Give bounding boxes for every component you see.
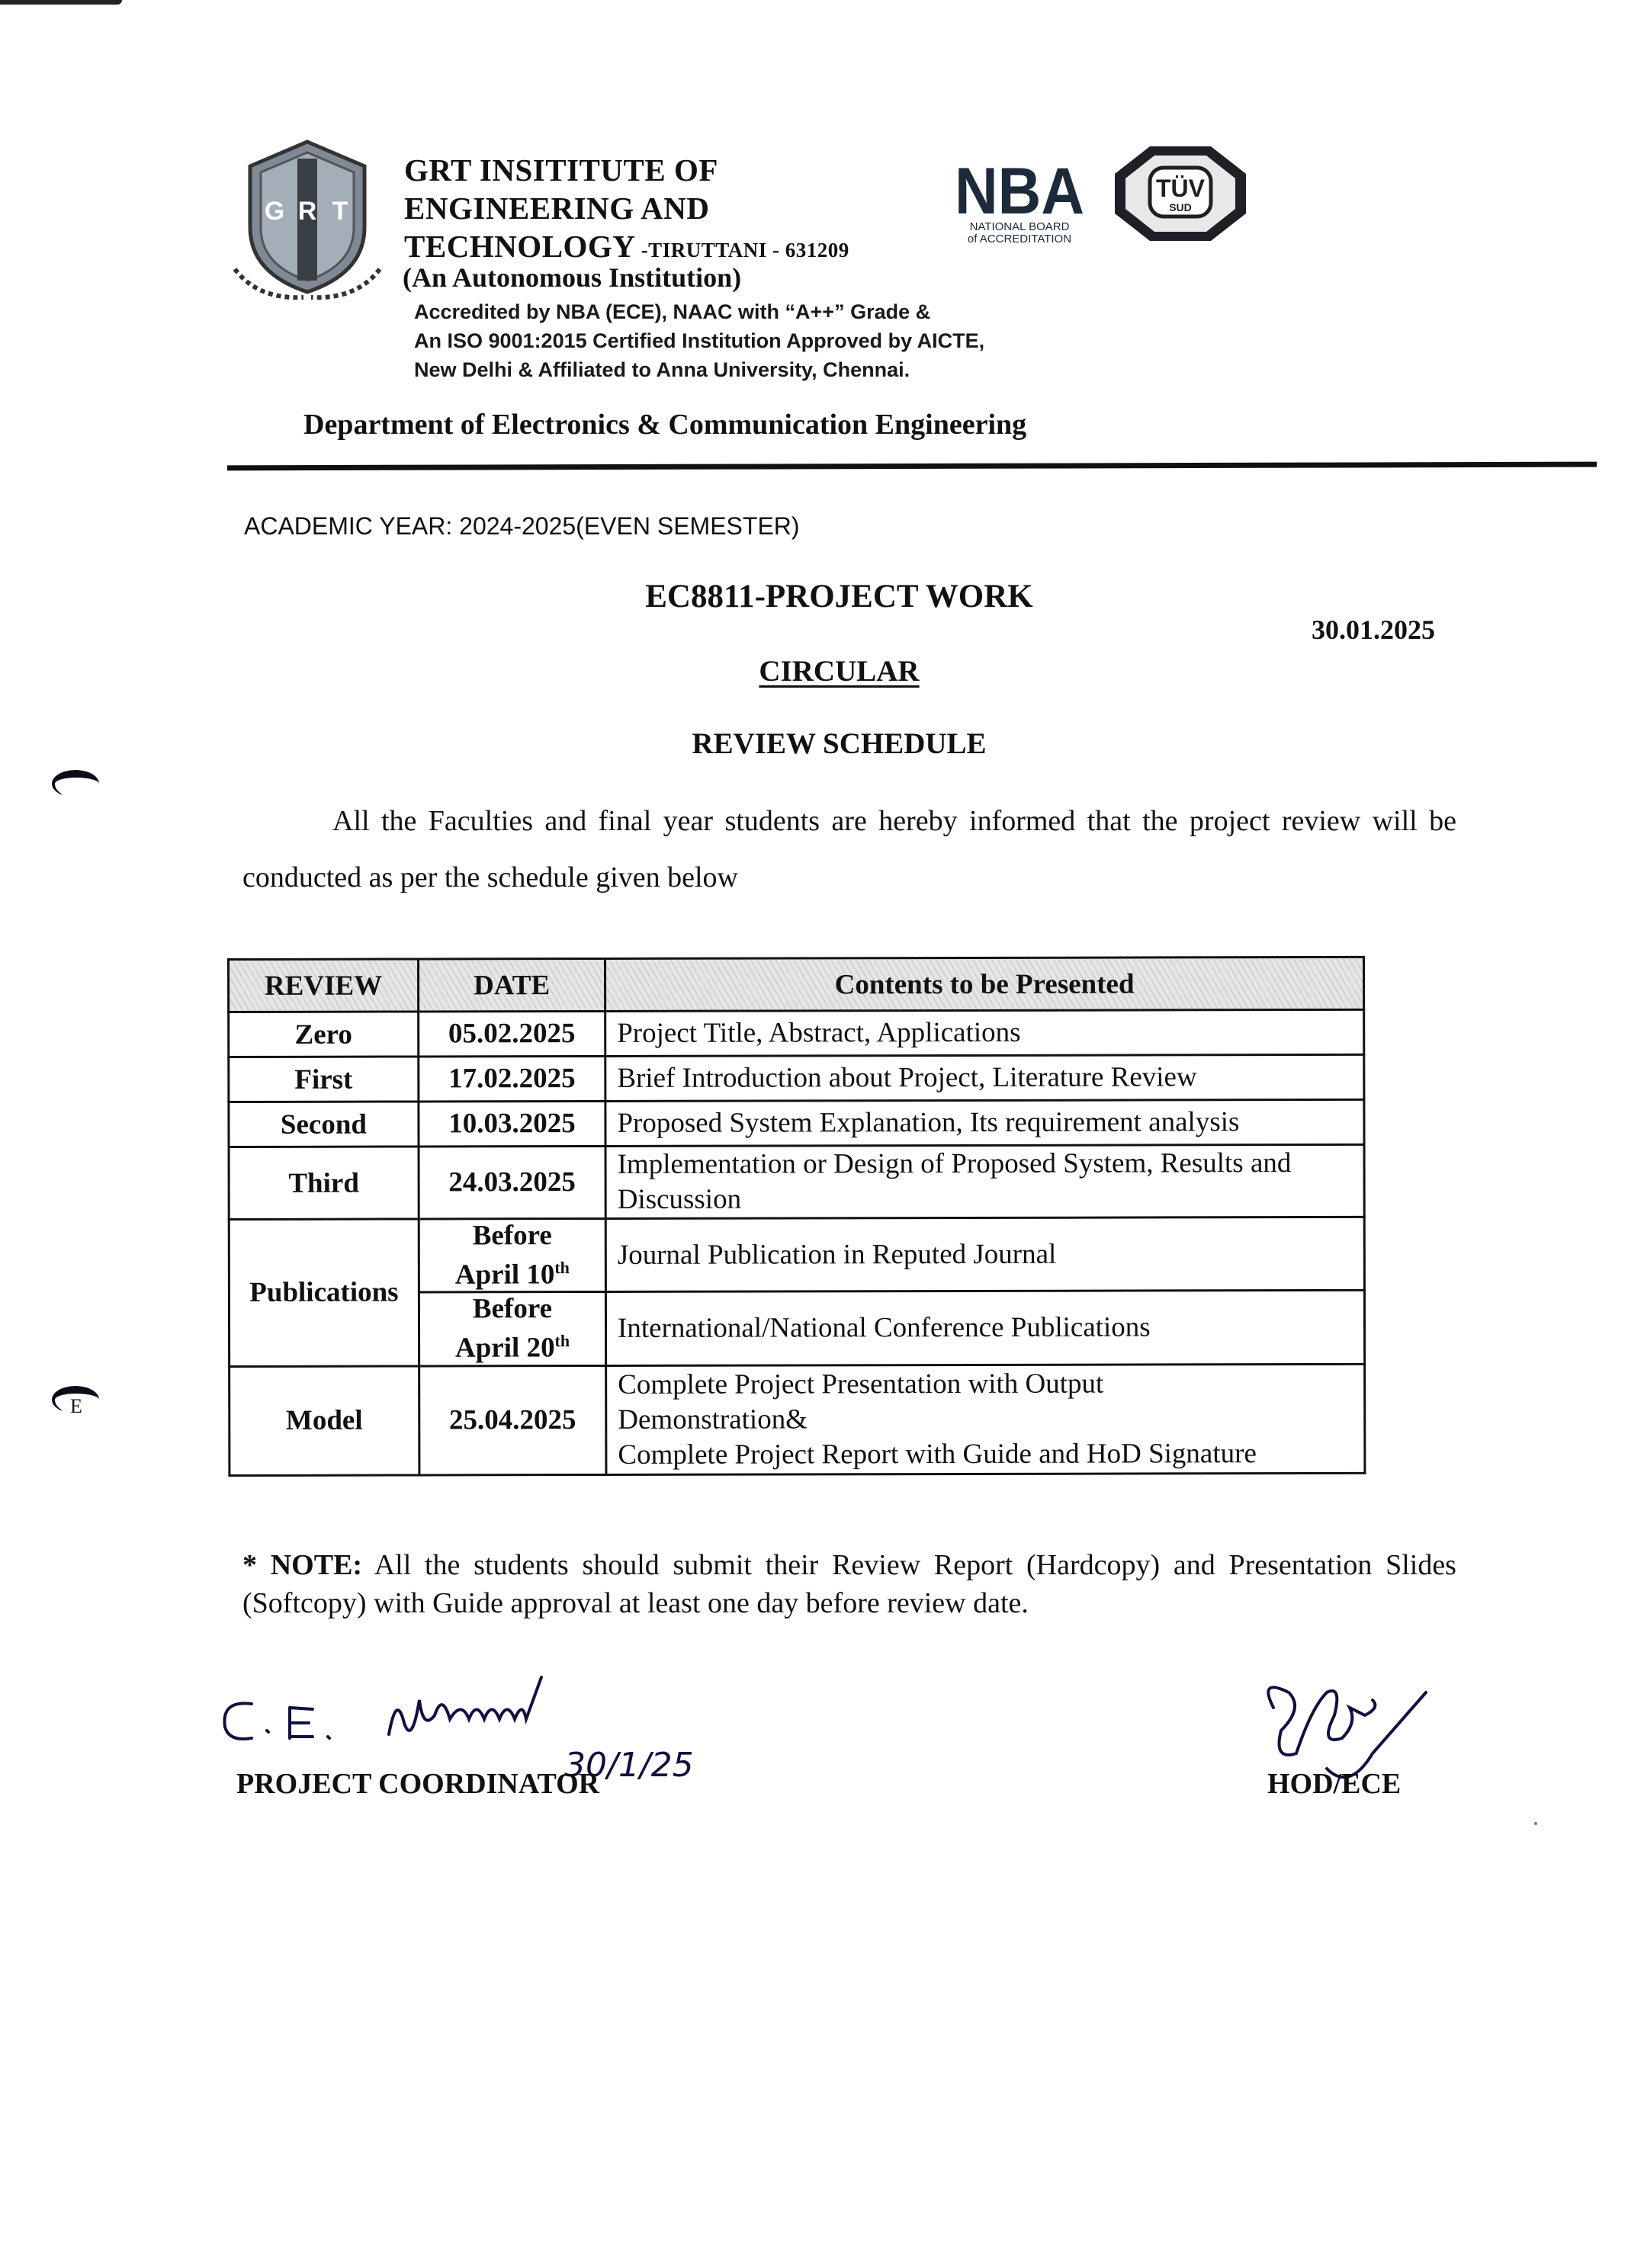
academic-year: ACADEMIC YEAR: 2024-2025(EVEN SEMESTER) — [244, 512, 800, 541]
table-row: Zero 05.02.2025 Project Title, Abstract,… — [229, 1009, 1364, 1057]
tuv-sud-logo-icon: TÜV SUD — [1112, 143, 1249, 244]
intro-paragraph: All the Faculties and final year student… — [242, 793, 1456, 906]
note-label: * NOTE: — [242, 1549, 362, 1581]
svg-text:NBA: NBA — [955, 155, 1084, 228]
review-schedule-table: REVIEW DATE Contents to be Presented Zer… — [227, 956, 1366, 1477]
accreditation-text: Accredited by NBA (ECE), NAAC with “A++”… — [414, 297, 984, 384]
subject-title: EC8811-PROJECT WORK — [0, 578, 1644, 615]
note-paragraph: * NOTE: All the students should submit t… — [242, 1546, 1456, 1622]
institute-place: -TIRUTTANI - 631209 — [635, 239, 849, 261]
svg-text:T: T — [332, 197, 348, 226]
punch-hole-mark: E — [52, 1386, 99, 1413]
scan-speck — [1534, 1822, 1537, 1825]
table-row: Second 10.03.2025 Proposed System Explan… — [229, 1099, 1364, 1147]
autonomous-label: (An Autonomous Institution) — [403, 261, 741, 294]
circular-heading: CIRCULAR — [0, 654, 1644, 688]
svg-text:NATIONAL BOARD: NATIONAL BOARD — [970, 220, 1070, 233]
header-review: REVIEW — [229, 959, 419, 1012]
institute-name: GRT INSITITUTE OF ENGINEERING AND TECHNO… — [404, 151, 849, 269]
hod-title: HOD/ECE — [1267, 1767, 1401, 1801]
header-divider — [227, 462, 1597, 471]
scan-edge-mark — [0, 0, 122, 5]
svg-text:TÜV: TÜV — [1156, 175, 1206, 202]
svg-text:SUD: SUD — [1169, 201, 1192, 213]
schedule-heading: REVIEW SCHEDULE — [0, 727, 1644, 761]
table-header-row: REVIEW DATE Contents to be Presented — [229, 957, 1364, 1012]
header-date: DATE — [419, 958, 605, 1012]
table-row: Third 24.03.2025 Implementation or Desig… — [229, 1144, 1364, 1219]
table-row: Model 25.04.2025 Complete Project Presen… — [230, 1364, 1365, 1475]
coordinator-title: PROJECT COORDINATOR — [236, 1767, 599, 1801]
punch-hole-mark — [52, 770, 99, 797]
header-contents: Contents to be Presented — [605, 957, 1364, 1011]
grt-shield-logo-icon: G R T — [227, 136, 387, 311]
department-name: Department of Electronics & Communicatio… — [303, 408, 1026, 441]
svg-text:G: G — [265, 197, 284, 226]
nba-logo-icon: NBA NATIONAL BOARD of ACCREDITATION — [949, 154, 1090, 249]
svg-text:of ACCREDITATION: of ACCREDITATION — [968, 233, 1071, 245]
circular-date: 30.01.2025 — [1312, 614, 1435, 646]
svg-text:R: R — [298, 197, 317, 226]
table-row: First 17.02.2025 Brief Introduction abou… — [229, 1054, 1364, 1102]
table-row: Publications BeforeApril 10th Journal Pu… — [229, 1217, 1364, 1292]
